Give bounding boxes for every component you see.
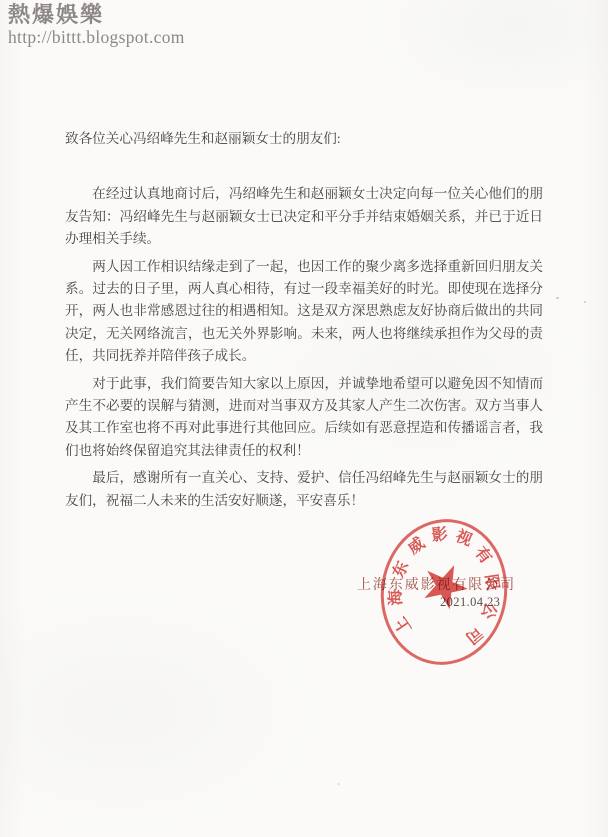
letter-paragraph: 最后，感谢所有一直关心、支持、爱护、信任冯绍峰先生与赵丽颖女士的朋友们，祝福二人… <box>65 467 543 512</box>
letter-body: 致各位关心冯绍峰先生和赵丽颖女士的朋友们: 在经过认真地商讨后，冯绍峰先生和赵丽… <box>65 128 543 512</box>
watermark: 熱爆娛樂 http://bittt.blogspot.com <box>8 2 185 47</box>
scan-speck <box>337 783 340 785</box>
scan-speck <box>584 301 586 303</box>
watermark-url: http://bittt.blogspot.com <box>8 27 185 47</box>
scan-speck <box>556 297 559 299</box>
stamp-ring-char: 影 <box>431 527 449 545</box>
stamp-ring-char: 海 <box>388 589 405 606</box>
stamp-ring-char: 限 <box>482 573 500 591</box>
letter-salutation: 致各位关心冯绍峰先生和赵丽颖女士的朋友们: <box>65 128 543 150</box>
letter-paragraph: 在经过认真地商讨后，冯绍峰先生和赵丽颖女士决定向每一位关心他们的朋友告知：冯绍峰… <box>65 183 543 250</box>
scanned-letter-page: 熱爆娛樂 http://bittt.blogspot.com 致各位关心冯绍峰先… <box>0 0 608 837</box>
letter-paragraph: 两人因工作相识结缘走到了一起，也因工作的聚少离多选择重新回归朋友关系。过去的日子… <box>65 256 543 368</box>
watermark-site-name: 熱爆娛樂 <box>8 2 185 27</box>
company-seal-stamp: 上海东威影视有限公司 ★ <box>371 511 516 673</box>
letter-paragraph: 对于此事，我们简要告知大家以上原因，并诚挚地希望可以避免因不知情而产生不必要的误… <box>65 373 543 463</box>
